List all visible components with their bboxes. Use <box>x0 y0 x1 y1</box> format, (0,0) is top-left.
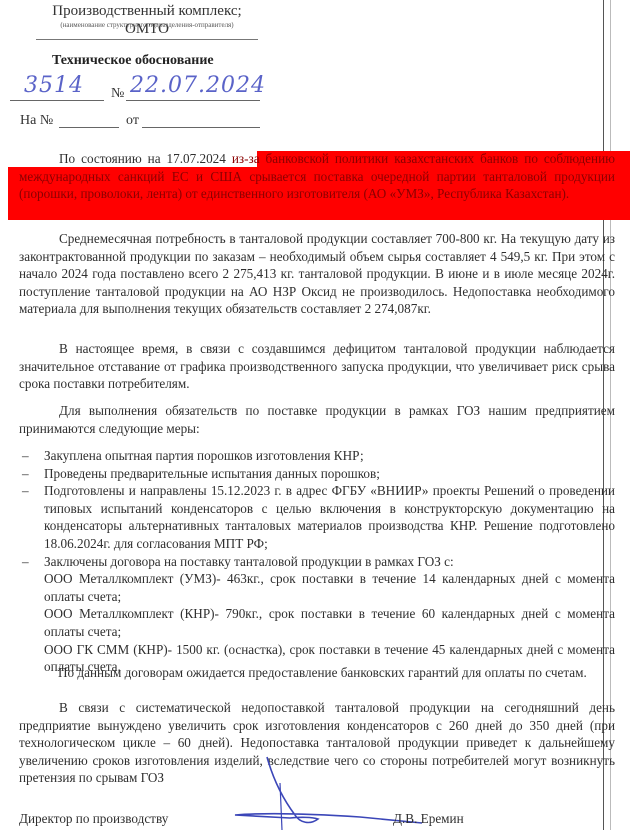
signer-role: Директор по производству <box>19 811 168 827</box>
department-caption: (наименование структурного подразделения… <box>36 21 258 29</box>
number-label: № <box>111 86 124 102</box>
handwritten-number: 3514 <box>24 73 84 98</box>
paragraph-demand: Среднемесячная потребность в танталовой … <box>19 230 615 318</box>
list-dash: – <box>22 482 29 500</box>
reference-date-blank <box>142 127 260 128</box>
list-item: –Закуплена опытная партия порошков изгот… <box>19 447 615 465</box>
contract-item: ООО Металлкомплект (УМЗ)- 463кг., срок п… <box>19 570 615 605</box>
handwritten-date: 22.07.2024 <box>130 73 266 98</box>
signer-name: Д.В. Еремин <box>393 811 464 827</box>
list-dash: – <box>22 465 29 483</box>
reference-label: На № <box>20 113 53 129</box>
list-item: –Подготовлены и направлены 15.12.2023 г.… <box>19 482 615 552</box>
document-title: Техническое обоснование <box>52 53 214 69</box>
list-item: –Проведены предварительные испытания дан… <box>19 465 615 483</box>
list-dash: – <box>22 447 29 465</box>
paragraph-guarantees: По данным договорам ожидается предоставл… <box>44 664 615 682</box>
reference-from-label: от <box>126 113 139 129</box>
number-underline <box>10 100 104 101</box>
list-item: –Заключены договора на поставку танталов… <box>19 553 615 571</box>
paragraph-measures-intro: Для выполнения обязательств по поставке … <box>19 402 615 437</box>
paragraph-delay: В настоящее время, в связи с создавшимся… <box>19 340 615 393</box>
date-underline <box>126 100 260 101</box>
contract-item: ООО Металлкомплект (КНР)- 790кг., срок п… <box>19 605 615 640</box>
status-date-text: По состоянию на 17.07.2024 <box>59 151 232 166</box>
measures-list: –Закуплена опытная партия порошков изгот… <box>19 447 615 676</box>
reference-number-blank <box>59 127 119 128</box>
paragraph-status: По состоянию на 17.07.2024 из-за банковс… <box>19 150 615 203</box>
list-dash: – <box>22 553 29 571</box>
